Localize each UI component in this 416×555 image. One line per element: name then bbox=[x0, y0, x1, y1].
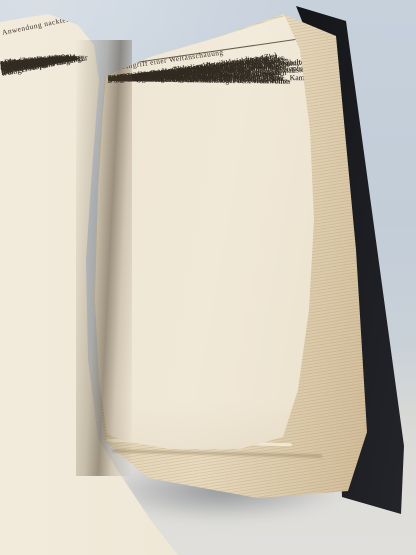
book-photo: Der Angriff einer Weltanschauung 189 der… bbox=[0, 0, 416, 555]
left-page-running-head: Anwendung nackter Gew bbox=[1, 9, 97, 37]
right-page-text-block: Der Angriff einer Weltanschauung 189 der… bbox=[108, 64, 311, 74]
right-page-text-line: ler das Schicksal seines Marxistenkriege… bbox=[108, 74, 290, 86]
